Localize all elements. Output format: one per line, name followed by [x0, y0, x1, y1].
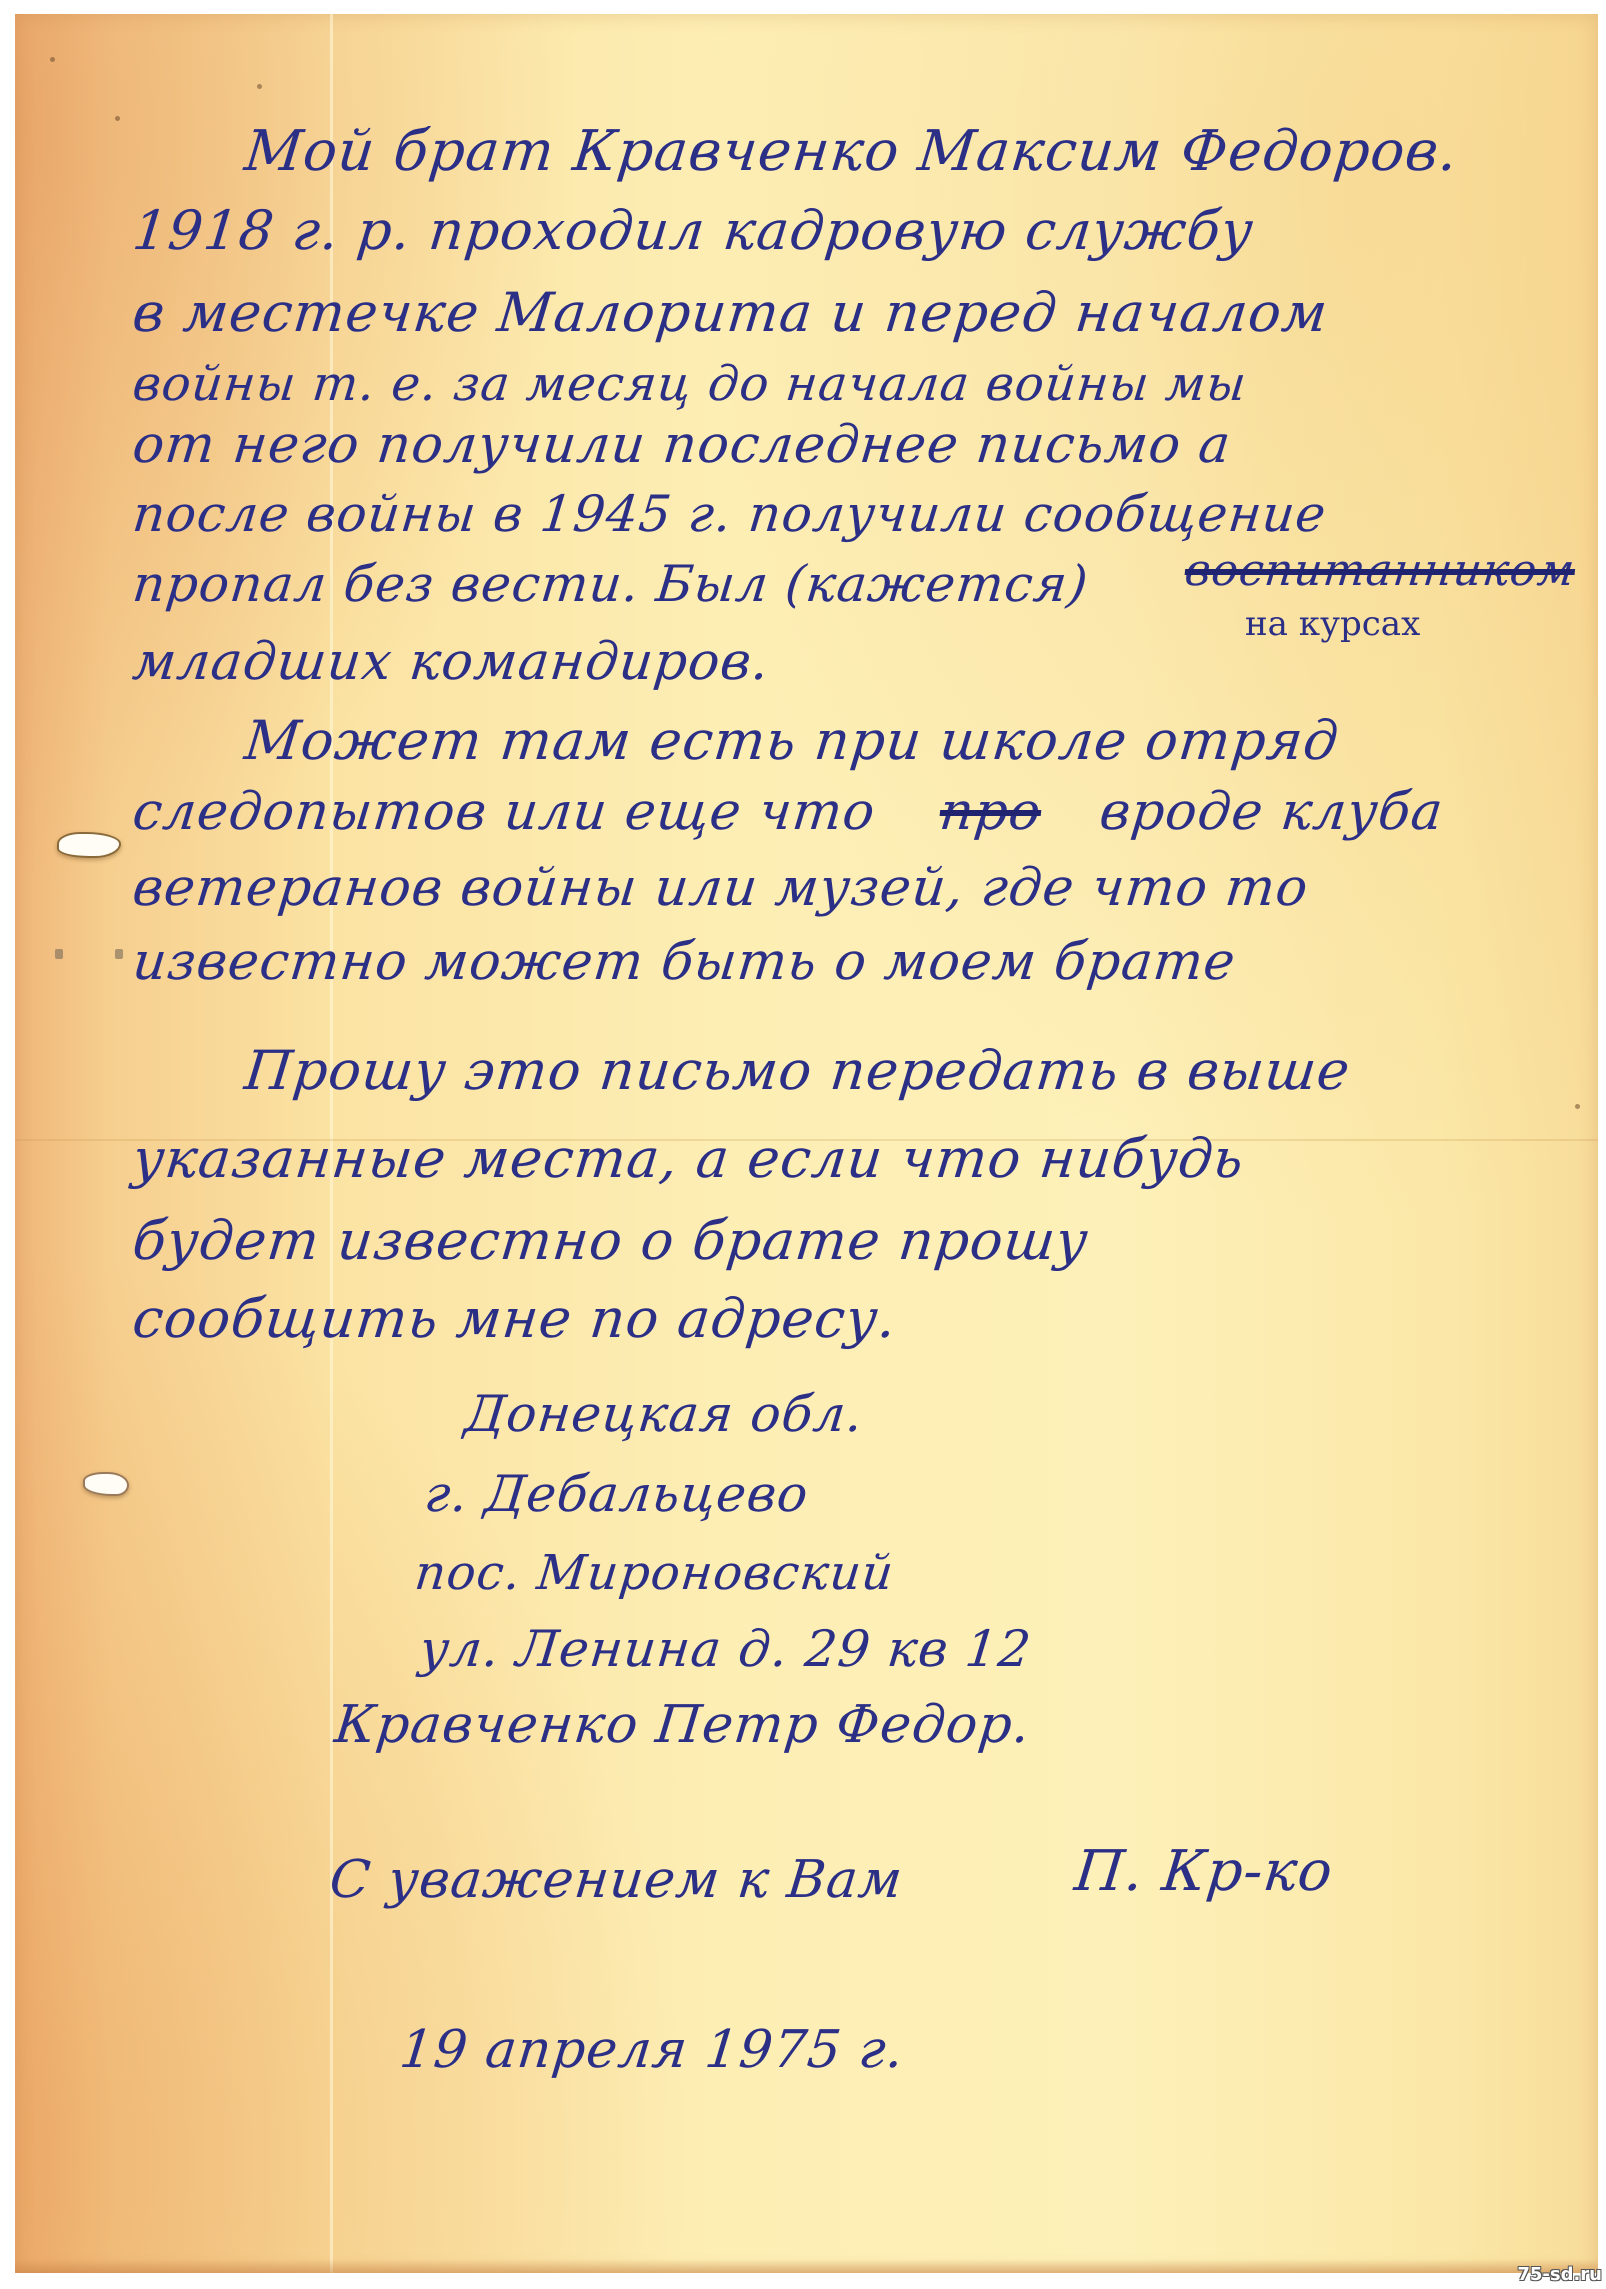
- letter-line: в местечке Малорита и перед началом: [130, 286, 1330, 340]
- inserted-note: на курсах: [1245, 604, 1420, 644]
- letter-line: от него получили последнее письмо а: [130, 419, 1233, 471]
- struck-out-word: про: [937, 786, 1044, 838]
- letter-body: Мой брат Кравченко Максим Федоров. 1918 …: [15, 14, 1598, 2273]
- address-street: ул. Ленина д. 29 кв 12: [417, 1624, 1033, 1674]
- letter-line: ветеранов войны или музей, где что то: [130, 862, 1311, 914]
- signature: П. Кр-ко: [1072, 1844, 1336, 1900]
- letter-line: следопытов или еще что: [130, 786, 878, 838]
- watermark: 75-sd.ru: [1517, 2264, 1602, 2285]
- letter-line: 1918 г. р. проходил кадровую службу: [130, 204, 1256, 258]
- letter-line: младших командиров.: [130, 636, 772, 688]
- letter-line: указанные места, а если что нибудь: [130, 1132, 1247, 1186]
- address-city: г. Дебальцево: [422, 1469, 811, 1519]
- letter-line: после войны в 1945 г. получили сообщение: [130, 489, 1329, 539]
- letter-date: 19 апреля 1975 г.: [397, 2024, 906, 2076]
- letter-line: будет известно о брате прошу: [130, 1214, 1091, 1268]
- letter-line: пропал без вести. Был (кажется): [130, 559, 1091, 609]
- address-settlement: пос. Мироновский: [412, 1549, 896, 1597]
- letter-line: Может там есть при школе отряд: [242, 714, 1341, 768]
- letter-line: Мой брат Кравченко Максим Федоров.: [242, 124, 1461, 180]
- letter-paper: Мой брат Кравченко Максим Федоров. 1918 …: [15, 14, 1598, 2273]
- letter-line: известно может быть о моем брате: [130, 936, 1238, 988]
- address-region: Донецкая обл.: [462, 1389, 865, 1439]
- letter-line: Прошу это письмо передать в выше: [242, 1044, 1353, 1098]
- letter-line: сообщить мне по адресу.: [130, 1292, 899, 1346]
- letter-line: вроде клуба: [1097, 786, 1446, 838]
- address-name: Кравченко Петр Федор.: [332, 1699, 1033, 1751]
- struck-out-word: воспитанником: [1183, 549, 1578, 593]
- letter-line: войны т. е. за месяц до начала войны мы: [130, 360, 1249, 408]
- closing-text: С уважением к Вам: [327, 1854, 905, 1906]
